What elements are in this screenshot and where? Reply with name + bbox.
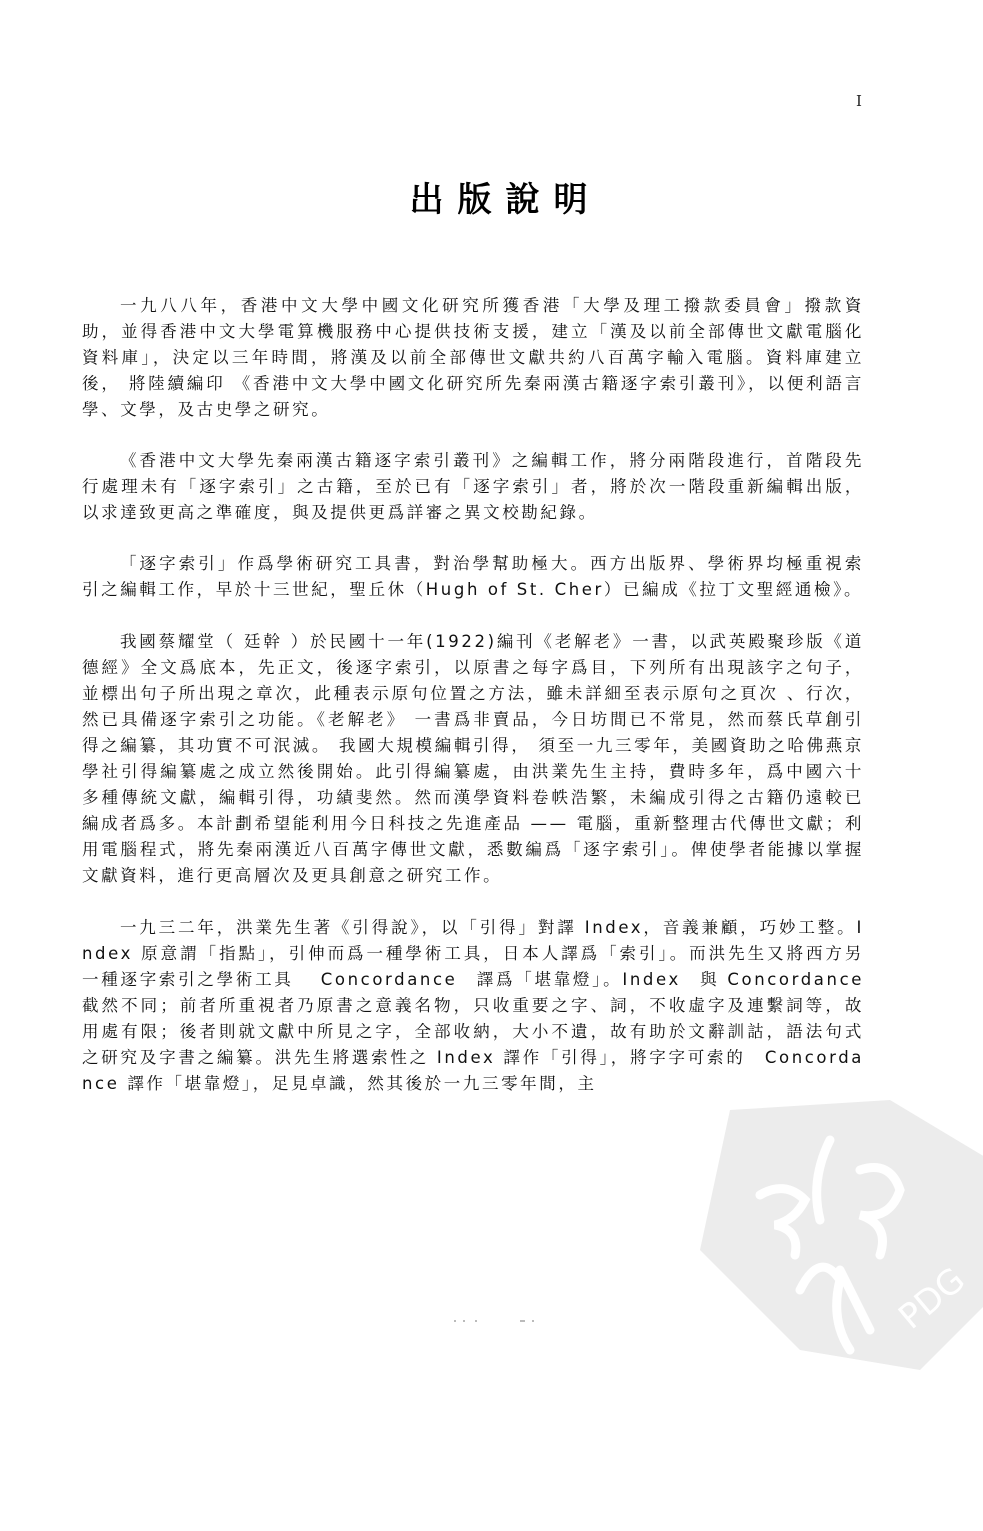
watermark-seal: PDG <box>690 1100 983 1370</box>
seal-stamp-icon: PDG <box>690 1100 983 1370</box>
paragraph-laojielao: 我國蔡耀堂（ 廷幹 ）於民國十一年(1922)編刊《老解老》一書，以武英殿聚珍版… <box>82 629 864 889</box>
paragraph-funding: 一九八八年，香港中文大學中國文化研究所獲香港「大學及理工撥款委員會」撥款資助，並… <box>82 293 864 423</box>
page-title: 出版說明 <box>0 172 983 221</box>
svg-text:PDG: PDG <box>891 1260 973 1338</box>
scan-artifacts <box>430 1320 550 1324</box>
paragraph-concordance-history: 「逐字索引」作爲學術研究工具書，對治學幫助極大。西方出版界、學術界均極重視索引之… <box>82 551 864 603</box>
document-body: 一九八八年，香港中文大學中國文化研究所獲香港「大學及理工撥款委員會」撥款資助，並… <box>82 293 864 1121</box>
paragraph-editorial-phases: 《香港中文大學先秦兩漢古籍逐字索引叢刊》之編輯工作，將分兩階段進行，首階段先行處… <box>82 448 864 526</box>
paragraph-yinde: 一九三二年，洪業先生著《引得說》，以「引得」對譯 Index，音義兼顧，巧妙工整… <box>82 915 864 1097</box>
page-number: I <box>856 92 862 110</box>
